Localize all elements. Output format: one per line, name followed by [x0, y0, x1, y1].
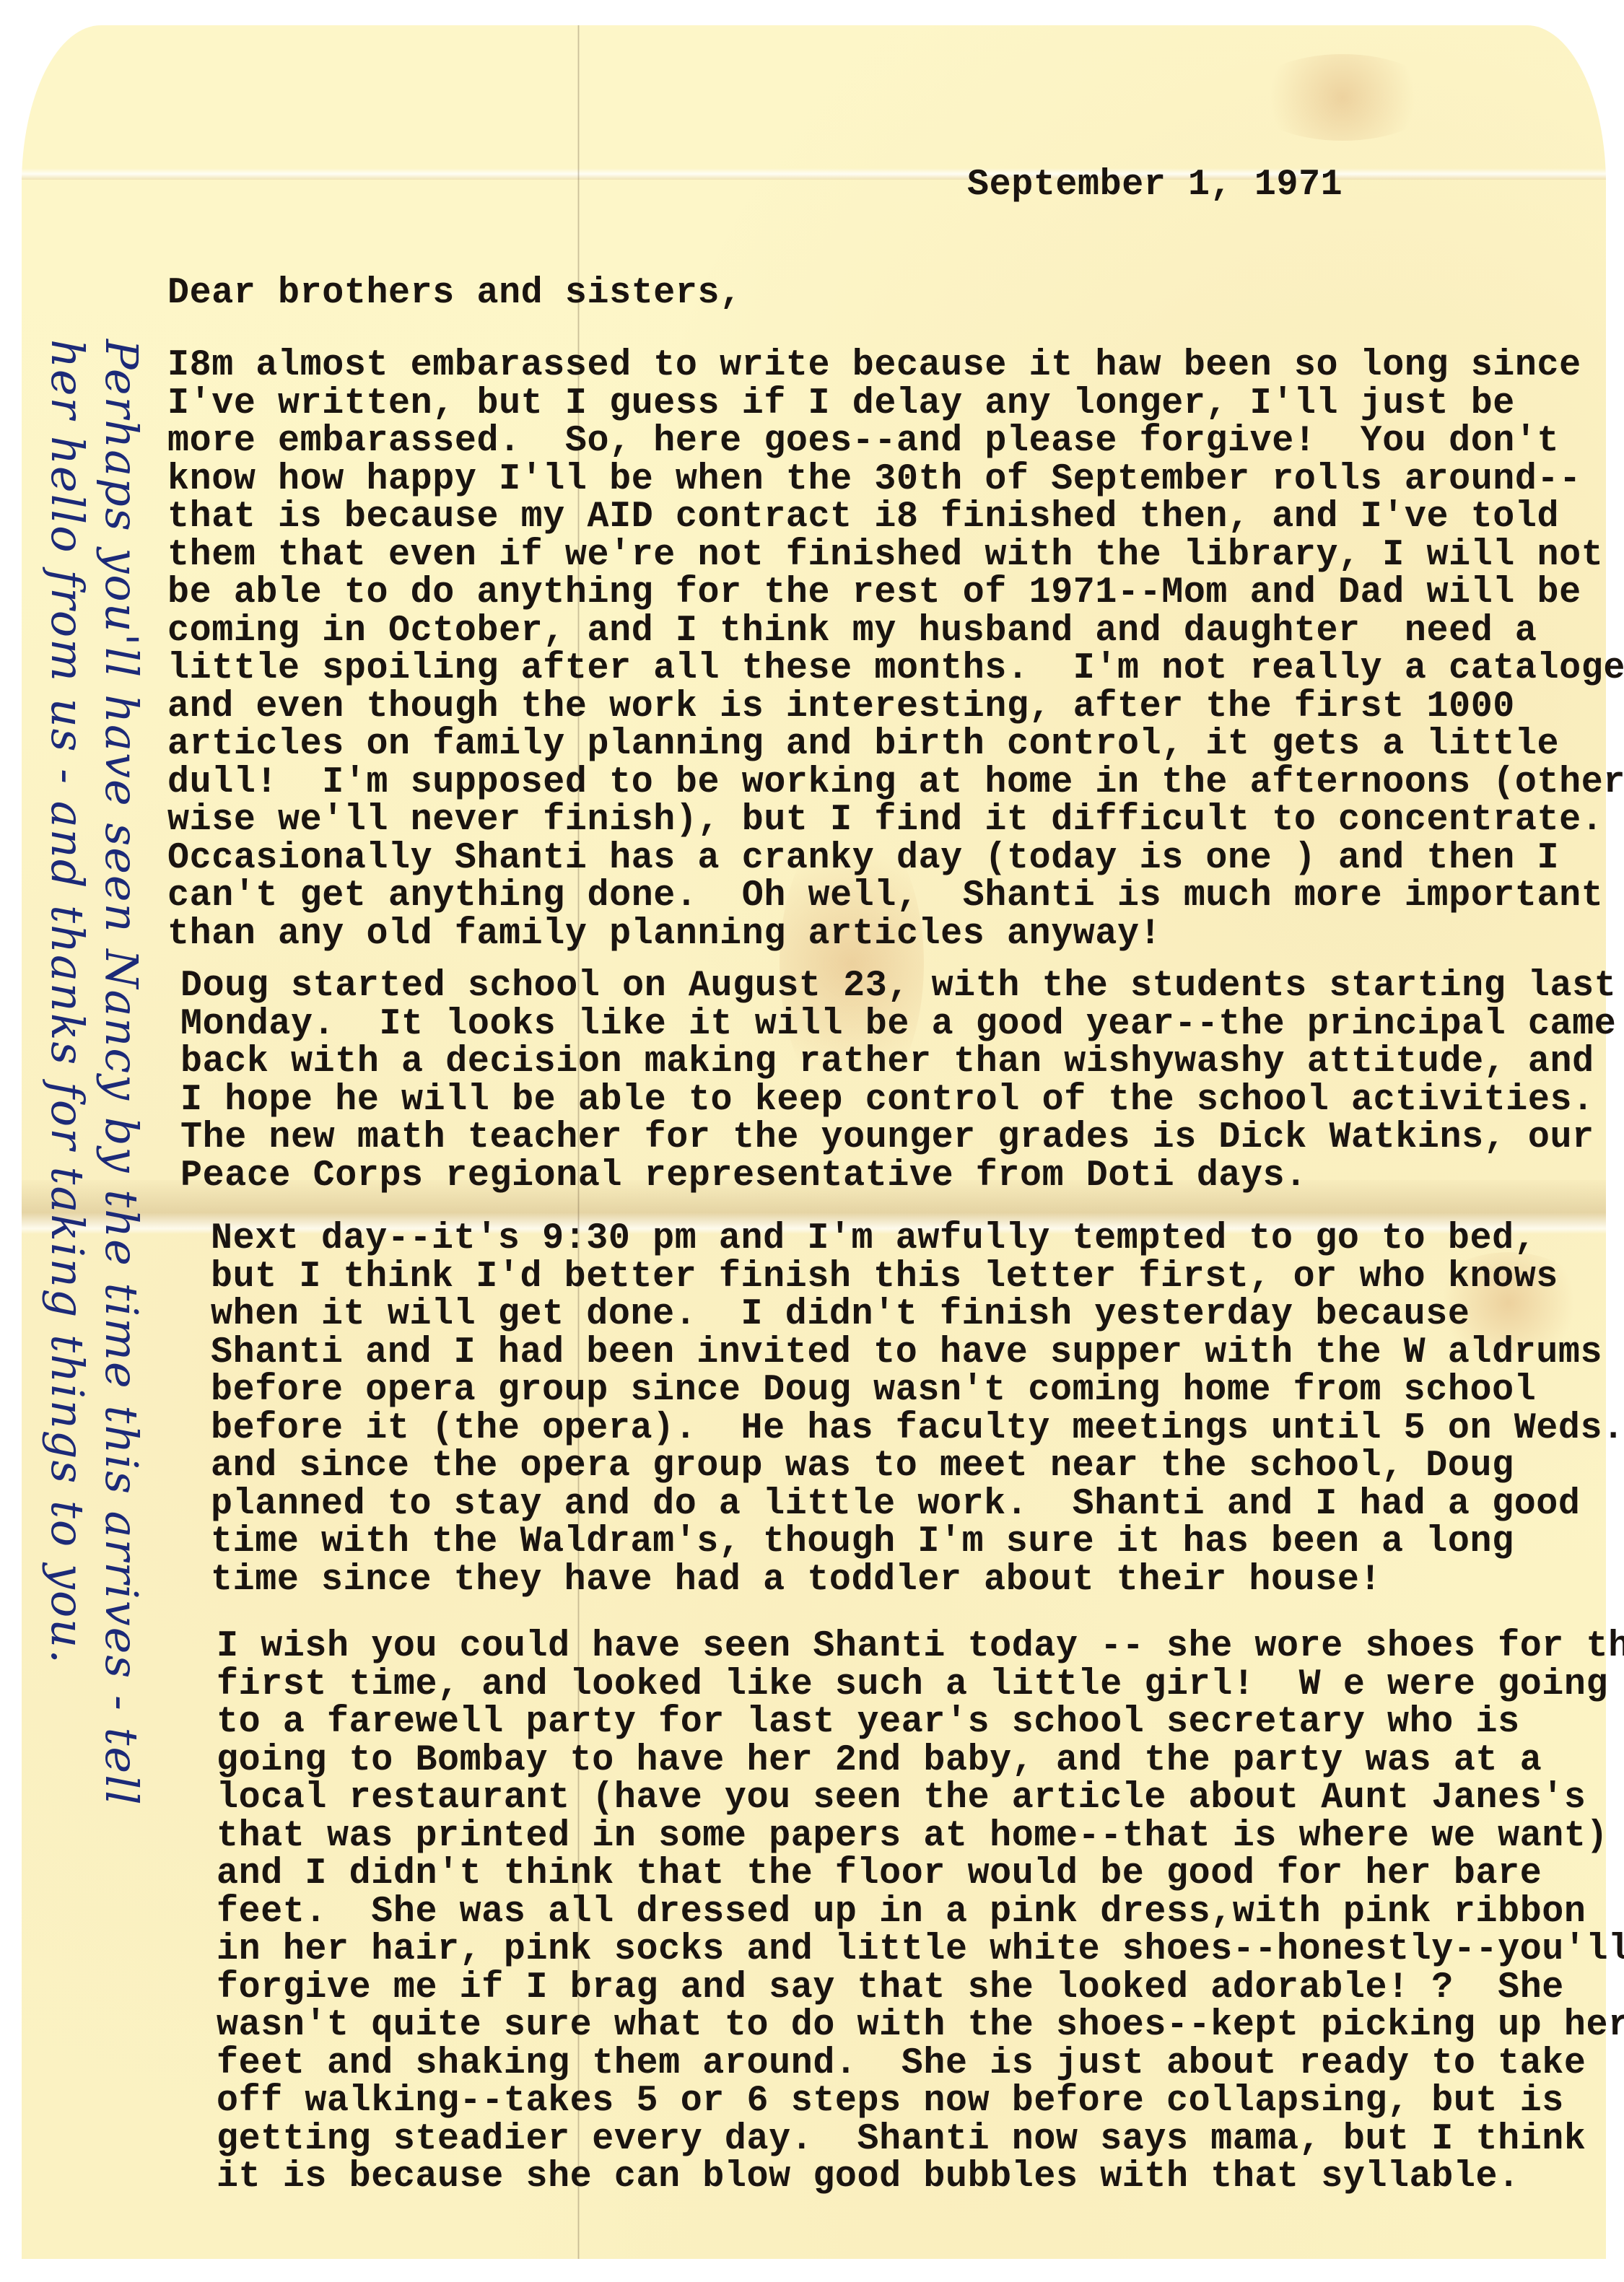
text-line: coming in October, and I think my husban…	[167, 612, 1624, 650]
paper-stain	[1249, 54, 1436, 141]
text-line: know how happy I'll be when the 30th of …	[167, 460, 1624, 499]
text-line: planned to stay and do a little work. Sh…	[211, 1485, 1624, 1523]
text-line: off walking--takes 5 or 6 steps now befo…	[217, 2082, 1624, 2120]
margin-note-line-2: her hello from us - and thanks for takin…	[41, 339, 94, 1665]
text-line: time with the Waldram's, though I'm sure…	[211, 1523, 1624, 1561]
text-line: Next day--it's 9:30 pm and I'm awfully t…	[211, 1220, 1624, 1258]
text-line: I wish you could have seen Shanti today …	[217, 1627, 1624, 1666]
text-line: before opera group since Doug wasn't com…	[211, 1371, 1624, 1409]
text-line: forgive me if I brag and say that she lo…	[217, 1969, 1624, 2007]
text-line: and even though the work is interesting,…	[167, 688, 1624, 726]
letter-greeting: Dear brothers and sisters,	[167, 274, 742, 312]
text-line: going to Bombay to have her 2nd baby, an…	[217, 1741, 1624, 1780]
text-line: I hope he will be able to keep control o…	[180, 1081, 1616, 1119]
text-line: Shanti and I had been invited to have su…	[211, 1334, 1624, 1372]
text-line: that was printed in some papers at home-…	[217, 1817, 1624, 1855]
text-line: them that even if we're not finished wit…	[167, 536, 1624, 574]
text-line: wise we'll never finish), but I find it …	[167, 801, 1624, 839]
margin-note-line-1: Perhaps you'll have seen Nancy by the ti…	[95, 339, 148, 1806]
text-line: and I didn't think that the floor would …	[217, 1855, 1624, 1893]
paragraph-2: Doug started school on August 23, with t…	[180, 967, 1616, 1194]
paragraph-4: I wish you could have seen Shanti today …	[217, 1627, 1624, 2196]
text-line: I8m almost embarassed to write because i…	[167, 346, 1624, 385]
text-line: local restaurant (have you seen the arti…	[217, 1779, 1624, 1817]
text-line: little spoiling after all these months. …	[167, 650, 1624, 688]
text-line: it is because she can blow good bubbles …	[217, 2158, 1624, 2196]
text-line: wasn't quite sure what to do with the sh…	[217, 2006, 1624, 2045]
text-line: Doug started school on August 23, with t…	[180, 967, 1616, 1005]
text-line: Occasionally Shanti has a cranky day (to…	[167, 839, 1624, 878]
text-line: back with a decision making rather than …	[180, 1043, 1616, 1081]
text-line: that is because my AID contract i8 finis…	[167, 498, 1624, 536]
paper-fold-top	[22, 168, 1606, 180]
text-line: dull! I'm supposed to be working at home…	[167, 764, 1624, 802]
text-line: getting steadier every day. Shanti now s…	[217, 2120, 1624, 2159]
text-line: first time, and looked like such a littl…	[217, 1666, 1624, 1704]
text-line: time since they have had a toddler about…	[211, 1561, 1624, 1599]
text-line: than any old family planning articles an…	[167, 915, 1624, 953]
text-line: Peace Corps regional representative from…	[180, 1157, 1616, 1195]
text-line: when it will get done. I didn't finish y…	[211, 1295, 1624, 1334]
text-line: feet. She was all dressed up in a pink d…	[217, 1893, 1624, 1931]
text-line: articles on family planning and birth co…	[167, 725, 1624, 764]
text-line: Monday. It looks like it will be a good …	[180, 1005, 1616, 1044]
letter-date: September 1, 1971	[967, 166, 1343, 204]
text-line: feet and shaking them around. She is jus…	[217, 2045, 1624, 2083]
paragraph-1: I8m almost embarassed to write because i…	[167, 346, 1624, 953]
text-line: more embarassed. So, here goes--and plea…	[167, 422, 1624, 460]
text-line: I've written, but I guess if I delay any…	[167, 385, 1624, 423]
text-line: The new math teacher for the younger gra…	[180, 1119, 1616, 1157]
text-line: be able to do anything for the rest of 1…	[167, 574, 1624, 612]
text-line: but I think I'd better finish this lette…	[211, 1258, 1624, 1296]
text-line: in her hair, pink socks and little white…	[217, 1931, 1624, 1969]
text-line: before it (the opera). He has faculty me…	[211, 1409, 1624, 1448]
text-line: can't get anything done. Oh well, Shanti…	[167, 877, 1624, 915]
paragraph-3: Next day--it's 9:30 pm and I'm awfully t…	[211, 1220, 1624, 1599]
text-line: to a farewell party for last year's scho…	[217, 1703, 1624, 1741]
text-line: and since the opera group was to meet ne…	[211, 1447, 1624, 1485]
